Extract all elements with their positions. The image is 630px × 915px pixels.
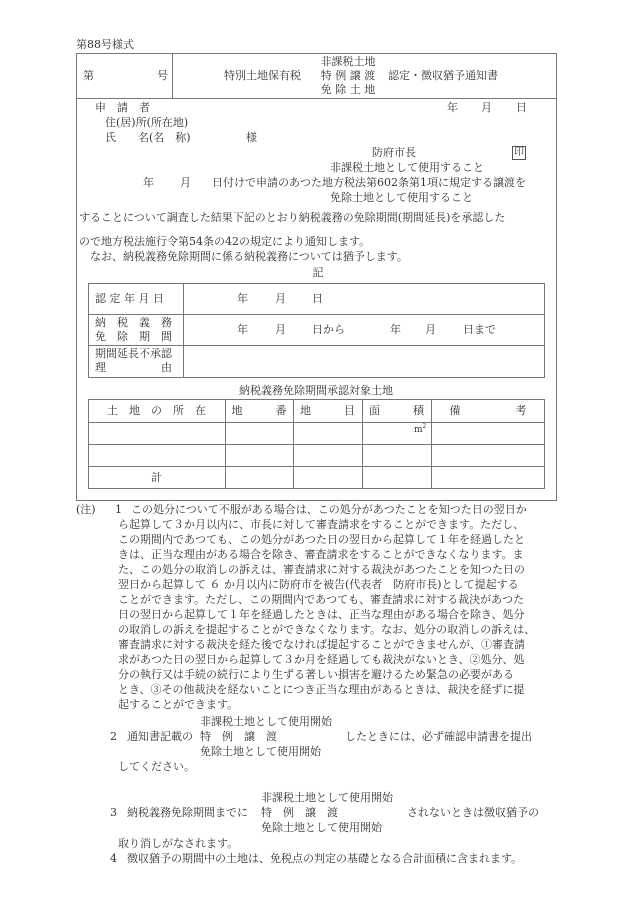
approval-label-reason-1: 期間延長不承認	[95, 347, 172, 360]
approval-value-month: 月	[275, 292, 286, 305]
note-1-line: この期間内であつても、この処分があつた日の翌日から起算して１年を経過したと	[118, 533, 525, 548]
title-option-1: 非課税土地	[316, 55, 380, 68]
issuer-name: 防府市長	[372, 146, 416, 159]
note-4-text: 徴収猶予の期間中の土地は、免税点の判定の基礎となる合計面積に含まれます。	[127, 852, 522, 867]
note-2-continuation: してください。	[118, 760, 195, 775]
note-1-line: きは、正当な理由がある場合を除き、審査請求をすることができなくなります。ま	[118, 548, 524, 563]
note-1-line: 日の翌日から起算して１年を経過したときは、正当な理由がある場合を除き、処分	[118, 608, 525, 623]
note-1-number: 1	[115, 503, 122, 518]
land-row-divider	[88, 422, 545, 423]
body-line-1: 日付けで申請のあつた地方税法第602条第1項に規定する譲渡を	[212, 176, 526, 189]
period-to-year: 年	[390, 323, 401, 336]
land-header-location: 土 地 の 所 在	[88, 404, 225, 417]
approval-label-period-1: 納 税 義 務	[95, 316, 172, 329]
note-1-line: ことができます。ただし、この期間内であつても、審査請求に対する裁決があつた	[118, 593, 524, 608]
body-option-bottom: 免除土地として使用すること	[330, 191, 473, 204]
land-table-title: 納税義務免除期間承認対象土地	[200, 384, 432, 397]
body-line-2: することについて調査した結果下記のとおり納税義務の免除期間(期間延長)を承認した	[79, 211, 505, 224]
period-from-month: 月	[275, 323, 286, 336]
address-label: 住(居)所(所在地)	[105, 116, 188, 129]
title-option-3: 免 除 土 地	[316, 83, 380, 96]
note-3-option-bottom: 免除土地として使用開始	[261, 821, 382, 836]
note-2-option-bottom: 免除土地として使用開始	[200, 745, 321, 760]
approval-value-day: 日	[312, 292, 323, 305]
note-3-number: 3	[110, 806, 117, 821]
note-1-line: 起することができます。	[118, 698, 238, 713]
title-left: 特別土地保有税	[224, 69, 301, 82]
period-to-month: 月	[425, 323, 436, 336]
note-3-option-top: 非課税土地として使用開始	[261, 791, 393, 806]
area-unit: m2	[414, 424, 426, 437]
header-divider	[76, 98, 557, 99]
area-unit-sup: 2	[423, 423, 427, 430]
note-1-line: 翌日から起算して ６ か月以内に防府市を被告(代表者 防府市長)として提起する	[118, 578, 519, 593]
note-1-line: 審査請求に対する裁決を経た後でなければ提起することができませんが、①審査請	[118, 638, 525, 653]
honorific: 様	[246, 131, 257, 144]
note-1-line: の取消しの訴えを提起することができなくなります。なお、処分の取消しの訴えは、	[118, 623, 535, 638]
application-year: 年	[143, 176, 154, 189]
notes-prefix: (注)	[76, 503, 96, 518]
note-3-continuation: 取り消しがなされます。	[118, 837, 238, 852]
note-2-option-top: 非課税土地として使用開始	[200, 715, 332, 730]
note-1-line: 求があつた日の翌日から起算して３か月を経過しても裁決がないとき、②処分、処	[118, 653, 525, 668]
approval-label-reason-2: 理 由	[95, 361, 172, 374]
issue-date-day: 日	[516, 101, 527, 114]
land-header-land-category: 地 目	[293, 404, 362, 417]
seal-mark: 印	[512, 146, 526, 160]
note-3-lead: 納税義務免除期間までに	[127, 806, 248, 821]
approval-row-divider	[88, 345, 545, 346]
form-number: 第88号様式	[76, 38, 134, 51]
body-option-top: 非課税土地として使用すること	[330, 161, 484, 174]
approval-row-divider	[88, 314, 545, 315]
issue-date-year: 年	[447, 101, 458, 114]
applicant-label: 申 請 者	[95, 101, 150, 114]
header-vertical-divider	[172, 53, 173, 98]
area-unit-base: m	[414, 425, 423, 435]
ki-heading: 記	[300, 266, 336, 279]
period-to-day: 日まで	[463, 323, 496, 336]
note-1-line: 分の執行又は手続の続行により生ずる著しい損害を避けるため緊急の必要がある	[118, 668, 514, 683]
document-number-prefix: 第	[83, 69, 94, 82]
title-option-2: 特 例 譲 渡	[316, 69, 380, 82]
note-2-option-mid: 特 例 譲 渡	[200, 730, 277, 745]
name-label: 氏 名(名 称)	[105, 131, 191, 144]
land-header-remarks: 備 考	[431, 404, 545, 417]
note-1-line: とき、③その他裁決を経ないことにつき正当な理由があるときは、裁決を経ずに提	[118, 683, 524, 698]
note-2-number: 2	[110, 730, 117, 745]
note-3-tail: されないときは徴収猶予の	[407, 806, 539, 821]
approval-value-year: 年	[237, 292, 248, 305]
approval-label-date: 認 定 年 月 日	[95, 292, 164, 305]
note-2-tail: したときには、必ず確認申請書を提出	[345, 730, 532, 745]
note-4-number: 4	[110, 852, 117, 867]
land-header-lot-number: 地 番	[225, 404, 293, 417]
note-1-line: この処分について不服がある場合は、この処分があつたことを知つた日の翌日か	[131, 503, 527, 518]
issue-date-month: 月	[481, 101, 492, 114]
note-3-option-mid: 特 例 譲 渡	[261, 806, 338, 821]
land-row-divider	[88, 444, 545, 445]
application-month: 月	[180, 176, 191, 189]
title-right: 認定・徴収猶予通知書	[388, 69, 498, 82]
note-1-line: ら起算して３か月以内に、市長に対して審査請求をすることができます。ただし、	[118, 518, 524, 533]
period-from-day: 日から	[312, 323, 345, 336]
document-number-suffix: 号	[157, 69, 168, 82]
approval-label-period-2: 免 除 期 間	[95, 330, 172, 343]
body-line-3: ので地方税法施行令第54条の42の規定により通知します。	[79, 235, 370, 248]
approval-col-divider	[183, 283, 184, 378]
land-header-area: 面 積	[362, 404, 431, 417]
land-row-divider	[88, 466, 545, 467]
note-1-line: た、この処分の取消しの訴えは、審査請求に対する裁決があつたことを知つた日の	[118, 563, 525, 578]
body-line-4: なお、納税義務免除期間に係る納税義務については猶予します。	[79, 250, 408, 263]
note-2-lead: 通知書記載の	[127, 730, 193, 745]
land-total-label: 計	[88, 471, 225, 484]
period-from-year: 年	[237, 323, 248, 336]
